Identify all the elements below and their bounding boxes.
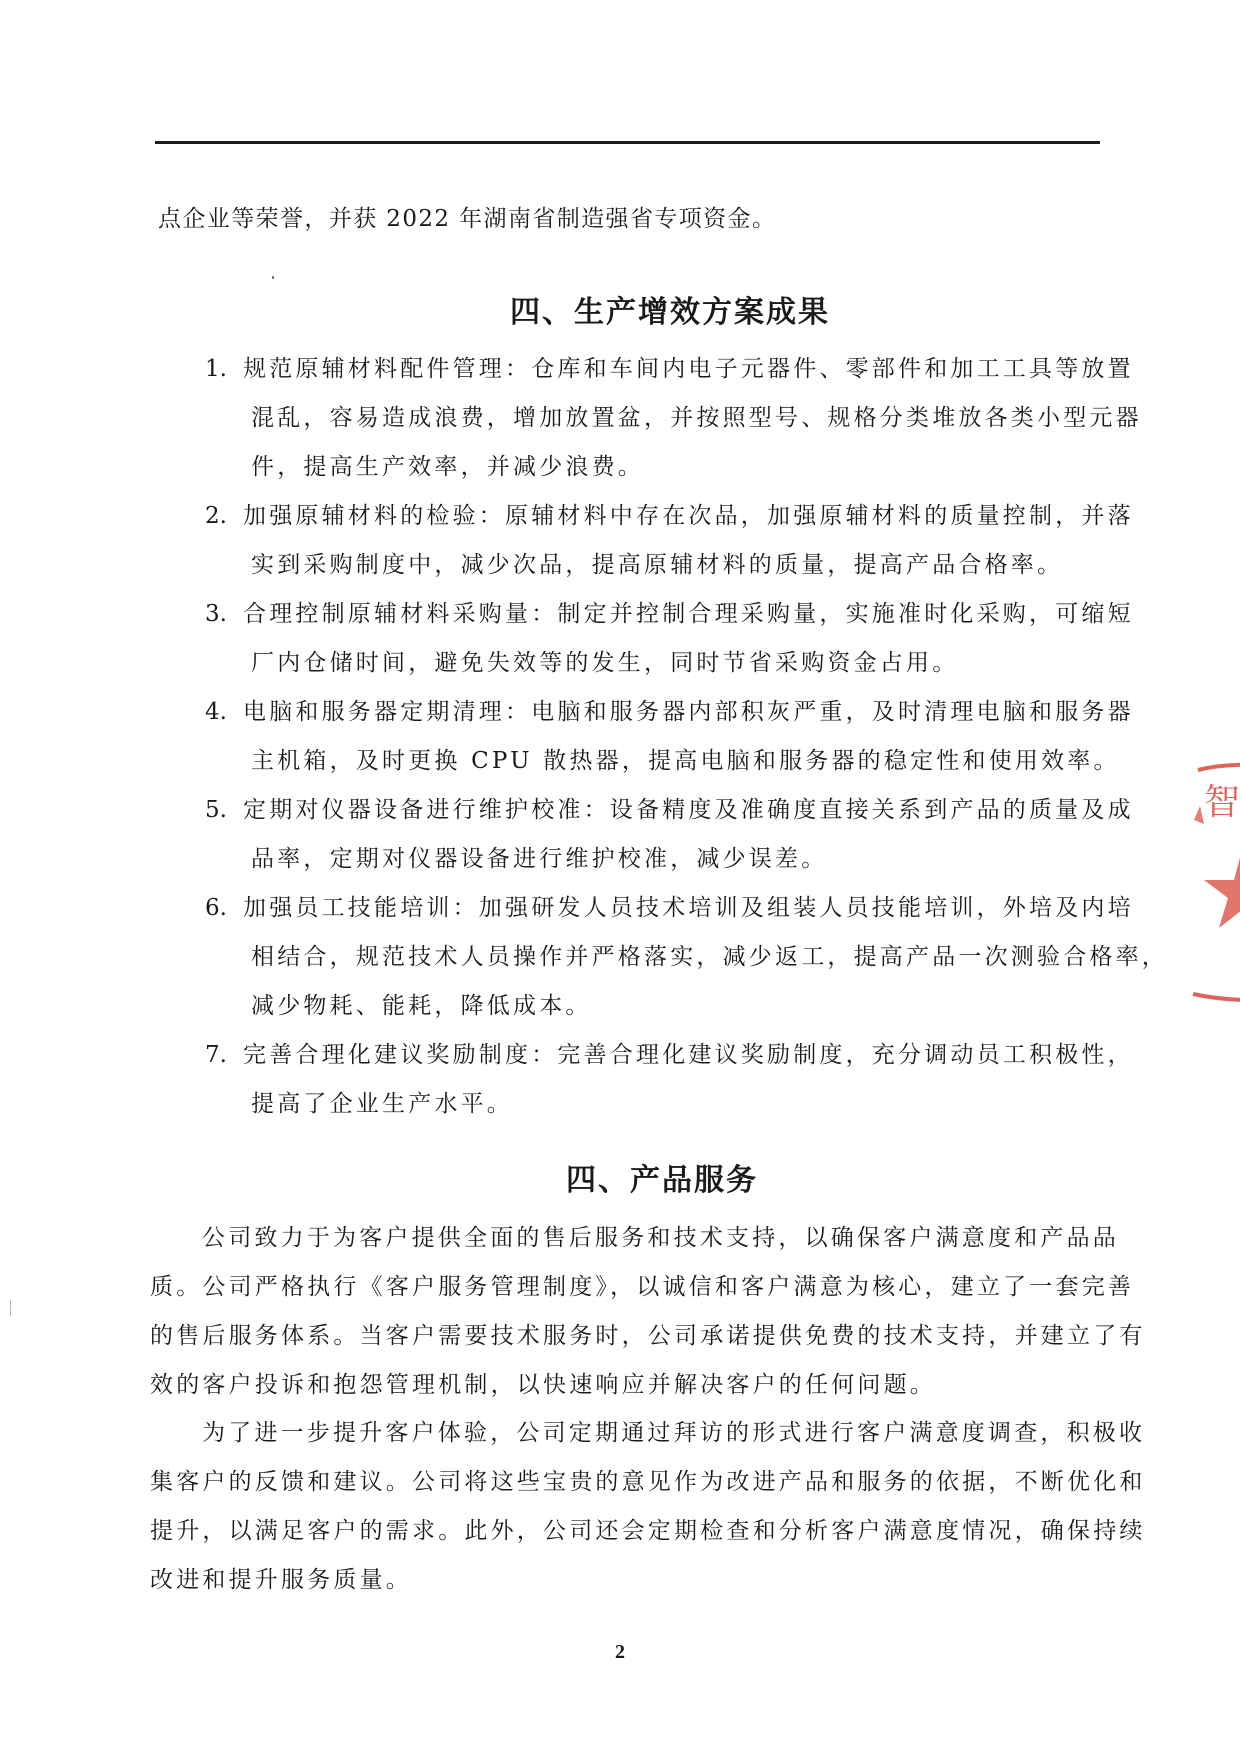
seal-icon: 智 <box>1190 762 1240 1002</box>
item-text: 加强员工技能培训：加强研发人员技术培训及组装人员技能培训，外培及内培 相结合，规… <box>243 884 1105 1031</box>
item-text: 定期对仪器设备进行维护校准：设备精度及准确度直接关系到产品的质量及成 品率，定期… <box>243 786 1105 884</box>
company-seal: 智 <box>1190 762 1240 1002</box>
paragraph-line: 的售后服务体系。当客户需要技术服务时，公司承诺提供免费的技术支持，并建立了有 <box>150 1312 1100 1361</box>
item-line: 主机箱，及时更换 CPU 散热器，提高电脑和服务器的稳定性和使用效率。 <box>243 737 1105 786</box>
paragraph-line: 为了进一步提升客户体验，公司定期通过拜访的形式进行客户满意度调查，积极收 <box>150 1409 1100 1458</box>
list-item: 6. 加强员工技能培训：加强研发人员技术培训及组装人员技能培训，外培及内培 相结… <box>205 884 1105 1031</box>
scan-speck <box>272 276 274 279</box>
seal-char: 智 <box>1204 782 1240 823</box>
item-number: 3. <box>205 590 227 639</box>
item-text: 完善合理化建议奖励制度：完善合理化建议奖励制度，充分调动员工积极性， 提高了企业… <box>243 1031 1105 1129</box>
margin-mark <box>10 1300 11 1316</box>
list-item: 1. 规范原辅材料配件管理：仓库和车间内电子元器件、零部件和加工工具等放置 混乱… <box>205 345 1105 492</box>
item-text: 规范原辅材料配件管理：仓库和车间内电子元器件、零部件和加工工具等放置 混乱，容易… <box>243 345 1105 492</box>
item-line: 规范原辅材料配件管理：仓库和车间内电子元器件、零部件和加工工具等放置 <box>243 345 1105 394</box>
item-text: 加强原辅材料的检验：原辅材料中存在次品，加强原辅材料的质量控制，并落 实到采购制… <box>243 492 1105 590</box>
paragraph-line: 提升，以满足客户的需求。此外，公司还会定期检查和分析客户满意度情况，确保持续 <box>150 1507 1100 1556</box>
production-results-list: 1. 规范原辅材料配件管理：仓库和车间内电子元器件、零部件和加工工具等放置 混乱… <box>205 345 1105 1129</box>
page-number: 2 <box>0 1641 1240 1664</box>
item-text: 电脑和服务器定期清理：电脑和服务器内部积灰严重，及时清理电脑和服务器 主机箱，及… <box>243 688 1105 786</box>
item-line: 加强原辅材料的检验：原辅材料中存在次品，加强原辅材料的质量控制，并落 <box>243 492 1105 541</box>
list-item: 5. 定期对仪器设备进行维护校准：设备精度及准确度直接关系到产品的质量及成 品率… <box>205 786 1105 884</box>
list-item: 7. 完善合理化建议奖励制度：完善合理化建议奖励制度，充分调动员工积极性， 提高… <box>205 1031 1105 1129</box>
list-item: 4. 电脑和服务器定期清理：电脑和服务器内部积灰严重，及时清理电脑和服务器 主机… <box>205 688 1105 786</box>
item-line: 合理控制原辅材料采购量：制定并控制合理采购量，实施准时化采购，可缩短 <box>243 590 1105 639</box>
item-number: 6. <box>205 884 227 933</box>
item-number: 4. <box>205 688 227 737</box>
section-title-product-service: 四、产品服务 <box>42 1155 1240 1199</box>
list-item: 3. 合理控制原辅材料采购量：制定并控制合理采购量，实施准时化采购，可缩短 厂内… <box>205 590 1105 688</box>
paragraph-line: 改进和提升服务质量。 <box>150 1556 1100 1605</box>
intro-line: 点企业等荣誉，并获 2022 年湖南省制造强省专项资金。 <box>158 200 776 233</box>
list-item: 2. 加强原辅材料的检验：原辅材料中存在次品，加强原辅材料的质量控制，并落 实到… <box>205 492 1105 590</box>
item-number: 2. <box>205 492 227 541</box>
item-line: 实到采购制度中，减少次品，提高原辅材料的质量，提高产品合格率。 <box>243 541 1105 590</box>
header-rule <box>155 141 1100 144</box>
section-title-production: 四、生产增效方案成果 <box>50 287 1240 331</box>
item-number: 1. <box>205 345 227 394</box>
paragraph-line: 质。公司严格执行《客户服务管理制度》，以诚信和客户满意为核心，建立了一套完善 <box>150 1263 1100 1312</box>
paragraph: 为了进一步提升客户体验，公司定期通过拜访的形式进行客户满意度调查，积极收 集客户… <box>150 1409 1100 1605</box>
item-line: 完善合理化建议奖励制度：完善合理化建议奖励制度，充分调动员工积极性， <box>243 1031 1105 1080</box>
paragraph-line: 集客户的反馈和建议。公司将这些宝贵的意见作为改进产品和服务的依据，不断优化和 <box>150 1458 1100 1507</box>
item-line: 混乱，容易造成浪费，增加放置盆，并按照型号、规格分类堆放各类小型元器 <box>243 394 1105 443</box>
item-line: 加强员工技能培训：加强研发人员技术培训及组装人员技能培训，外培及内培 <box>243 884 1105 933</box>
item-text: 合理控制原辅材料采购量：制定并控制合理采购量，实施准时化采购，可缩短 厂内仓储时… <box>243 590 1105 688</box>
item-line: 电脑和服务器定期清理：电脑和服务器内部积灰严重，及时清理电脑和服务器 <box>243 688 1105 737</box>
paragraph-line: 效的客户投诉和抱怨管理机制，以快速响应并解决客户的任何问题。 <box>150 1361 1100 1410</box>
item-line: 品率，定期对仪器设备进行维护校准，减少误差。 <box>243 835 1105 884</box>
paragraph: 公司致力于为客户提供全面的售后服务和技术支持，以确保客户满意度和产品品 质。公司… <box>150 1214 1100 1410</box>
item-line: 减少物耗、能耗，降低成本。 <box>243 982 1105 1031</box>
paragraph-line: 公司致力于为客户提供全面的售后服务和技术支持，以确保客户满意度和产品品 <box>150 1214 1100 1263</box>
item-line: 提高了企业生产水平。 <box>243 1080 1105 1129</box>
item-line: 厂内仓储时间，避免失效等的发生，同时节省采购资金占用。 <box>243 639 1105 688</box>
item-number: 5. <box>205 786 227 835</box>
item-line: 定期对仪器设备进行维护校准：设备精度及准确度直接关系到产品的质量及成 <box>243 786 1105 835</box>
item-number: 7. <box>205 1031 227 1080</box>
item-line: 件，提高生产效率，并减少浪费。 <box>243 443 1105 492</box>
item-line: 相结合，规范技术人员操作并严格落实，减少返工，提高产品一次测验合格率， <box>243 933 1105 982</box>
